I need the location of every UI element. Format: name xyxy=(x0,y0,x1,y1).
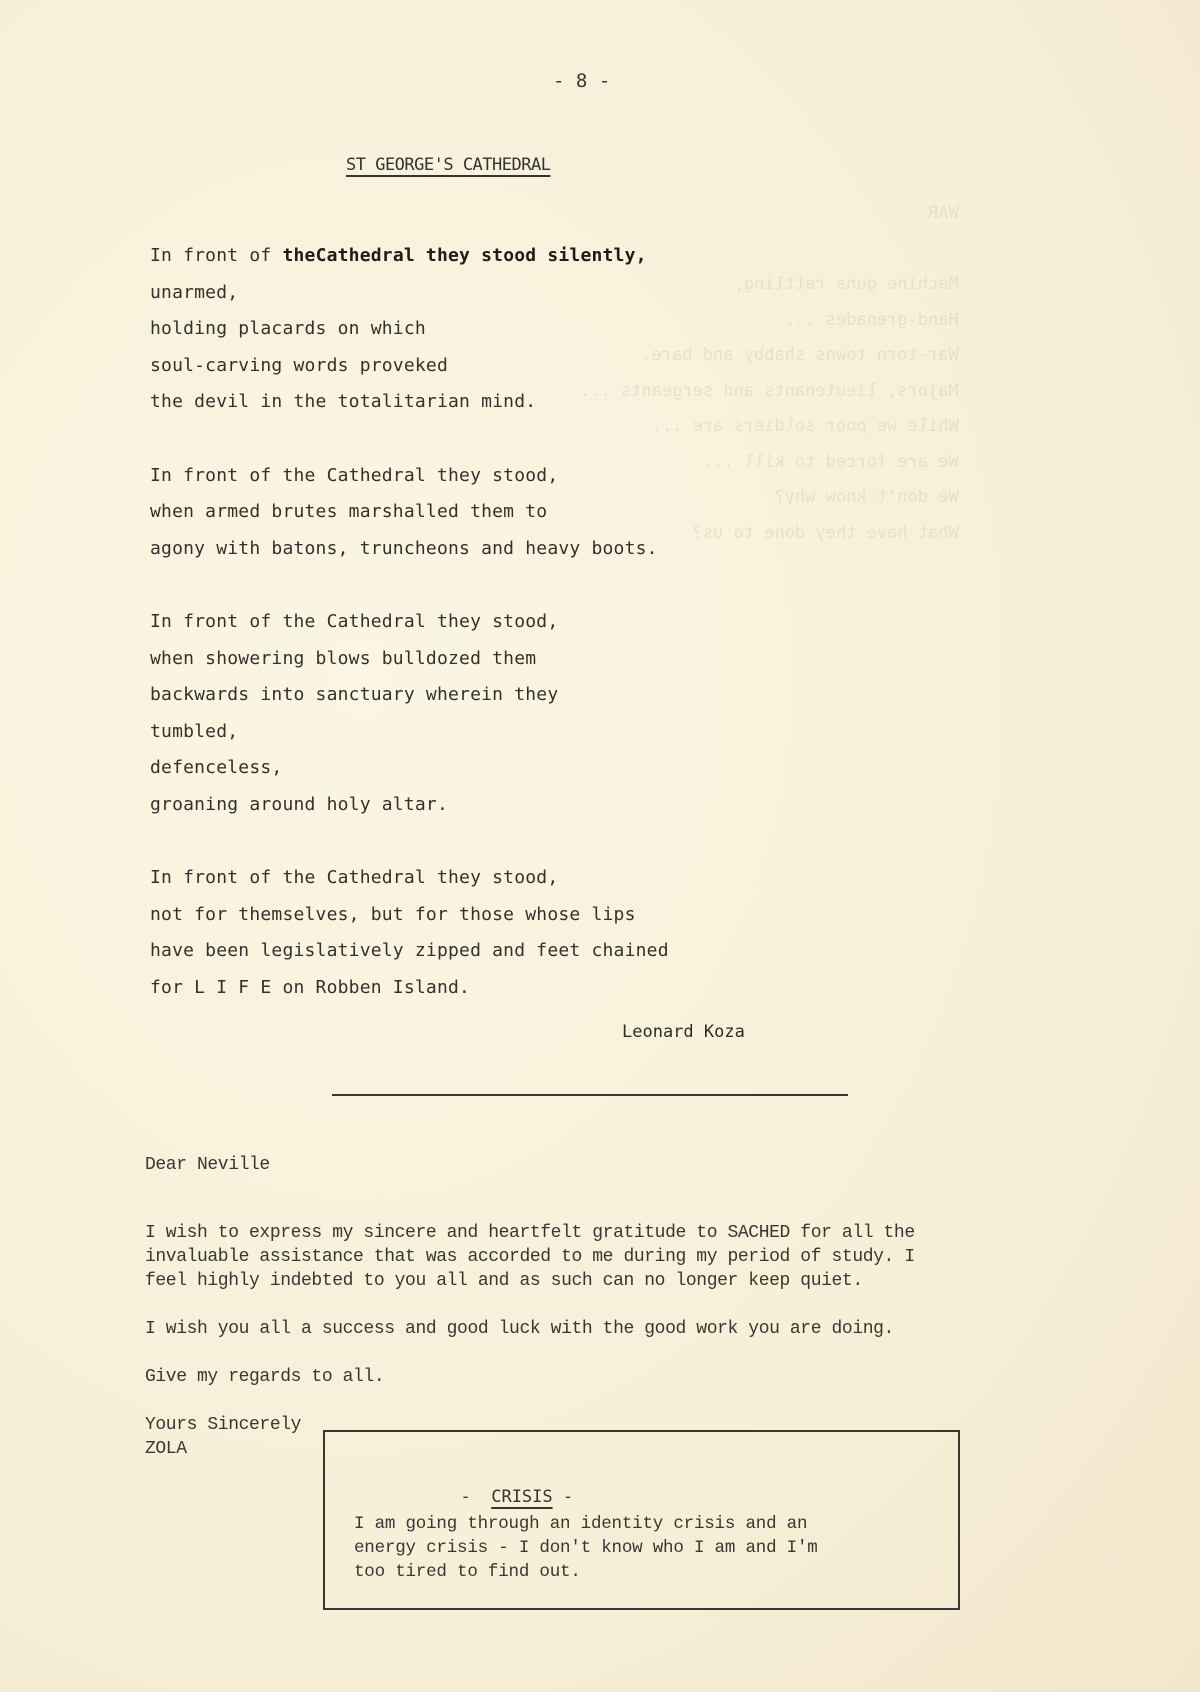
crisis-title: - CRISIS - xyxy=(440,1467,573,1507)
poem-line: when armed brutes marshalled them to xyxy=(150,494,669,531)
poem-author: Leonard Koza xyxy=(622,1022,745,1042)
poem-line: In front of the Cathedral they stood, xyxy=(150,458,669,495)
letter-line: feel highly indebted to you all and as s… xyxy=(145,1269,915,1293)
stanza-break xyxy=(150,824,669,861)
poem-line: not for themselves, but for those whose … xyxy=(150,897,669,934)
poem-line: groaning around holy altar. xyxy=(150,787,669,824)
poem-line: agony with batons, truncheons and heavy … xyxy=(150,531,669,568)
stanza-break xyxy=(150,567,669,604)
poem-line: tumbled, xyxy=(150,714,669,751)
letter-salutation: Dear Neville xyxy=(145,1153,915,1177)
poem-line: when showering blows bulldozed them xyxy=(150,641,669,678)
section-divider xyxy=(332,1094,848,1096)
crisis-line: too tired to find out. xyxy=(354,1560,818,1584)
poem-line: backwards into sanctuary wherein they xyxy=(150,677,669,714)
letter-line: I wish to express my sincere and heartfe… xyxy=(145,1221,915,1245)
crisis-text: I am going through an identity crisis an… xyxy=(354,1512,818,1584)
crisis-line: energy crisis - I don't know who I am an… xyxy=(354,1536,818,1560)
letter-line: I wish you all a success and good luck w… xyxy=(145,1317,915,1341)
page-number: - 8 - xyxy=(553,70,610,92)
poem-title: ST GEORGE'S CATHEDRAL xyxy=(346,155,550,175)
crisis-line: I am going through an identity crisis an… xyxy=(354,1512,818,1536)
letter: Dear Neville I wish to express my sincer… xyxy=(145,1113,915,1461)
poem-line: for L I F E on Robben Island. xyxy=(150,970,669,1007)
poem-line: the devil in the totalitarian mind. xyxy=(150,384,669,421)
poem-line: In front of the Cathedral they stood, xyxy=(150,604,669,641)
poem-line: have been legislatively zipped and feet … xyxy=(150,933,669,970)
poem-body: In front of theCathedral they stood sile… xyxy=(150,238,669,1006)
poem-line: In front of the Cathedral they stood, xyxy=(150,860,669,897)
poem-line: In front of theCathedral they stood sile… xyxy=(150,238,669,275)
poem-line: defenceless, xyxy=(150,750,669,787)
stanza-break xyxy=(150,421,669,458)
crisis-title-text: CRISIS xyxy=(491,1487,552,1507)
letter-line: Give my regards to all. xyxy=(145,1365,915,1389)
letter-line: invaluable assistance that was accorded … xyxy=(145,1245,915,1269)
poem-line: holding placards on which xyxy=(150,311,669,348)
poem-line: unarmed, xyxy=(150,275,669,312)
poem-line: soul-carving words proveked xyxy=(150,348,669,385)
